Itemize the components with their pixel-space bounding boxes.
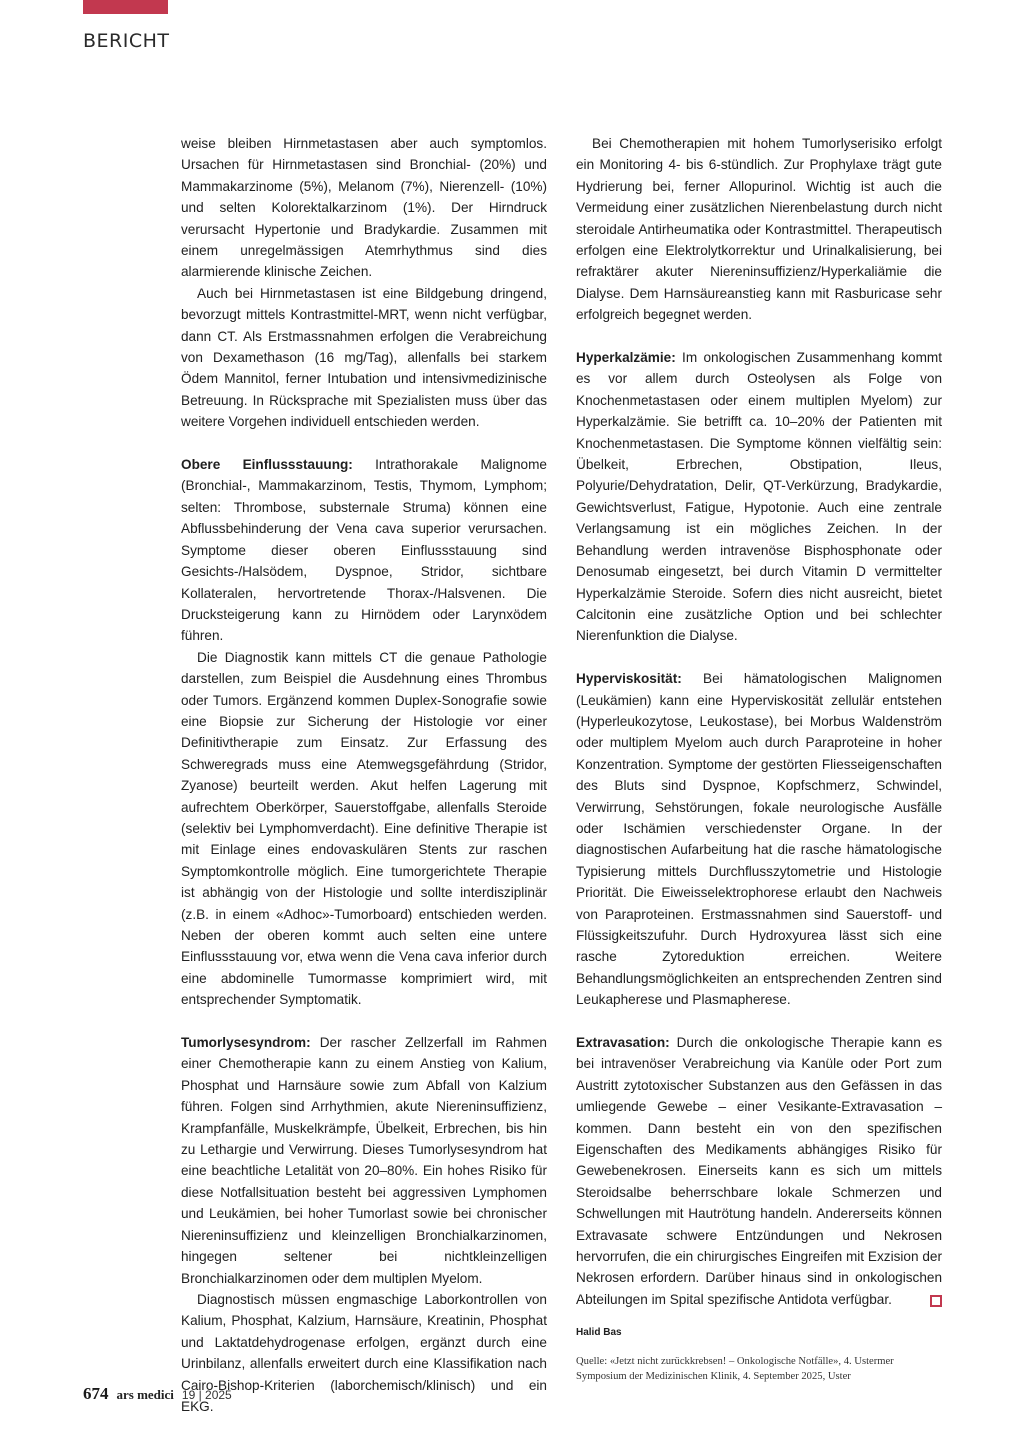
paragraph-diagnostisch: Diagnostisch müssen engmaschige Laborkon…	[181, 1289, 547, 1417]
left-column: weise bleiben Hirnmetastasen aber auch s…	[181, 133, 547, 1417]
section-obere-einflussstauung: Obere Einflussstauung: Intrathorakale Ma…	[181, 454, 547, 647]
section-text: Durch die onkologische Therapie kann es …	[576, 1035, 942, 1307]
section-heading: Obere Einflussstauung:	[181, 457, 353, 472]
header-accent-bar	[83, 0, 168, 14]
paragraph-hirnmetastasen-bildgebung: Auch bei Hirnmetastasen ist eine Bildgeb…	[181, 283, 547, 433]
section-heading: Tumorlysesyndrom:	[181, 1035, 311, 1050]
section-heading: Hyperviskosität:	[576, 671, 682, 686]
source-citation: Quelle: «Jetzt nicht zurückkrebsen! – On…	[576, 1354, 942, 1384]
section-hyperkalzaemie: Hyperkalzämie: Im onkologischen Zusammen…	[576, 347, 942, 647]
page-number: 674	[83, 1384, 109, 1404]
section-label: BERICHT	[83, 30, 170, 52]
section-text: Intrathorakale Malignome (Bronchial-, Ma…	[181, 457, 547, 643]
end-of-article-icon	[930, 1295, 942, 1307]
paragraph-chemotherapie: Bei Chemotherapien mit hohem Tumorlyseri…	[576, 133, 942, 326]
section-extravasation: Extravasation: Durch die onkologische Th…	[576, 1032, 942, 1310]
issue-number: 19 | 2025	[182, 1388, 232, 1402]
section-heading: Extravasation:	[576, 1035, 670, 1050]
section-heading: Hyperkalzämie:	[576, 350, 676, 365]
paragraph-hirnmetastasen-intro: weise bleiben Hirnmetastasen aber auch s…	[181, 133, 547, 283]
section-tumorlysesyndrom: Tumorlysesyndrom: Der rascher Zellzerfal…	[181, 1032, 547, 1289]
section-hyperviskositaet: Hyperviskosität: Bei hämatologischen Mal…	[576, 668, 942, 1011]
section-text: Im onkologischen Zusammenhang kommt es v…	[576, 350, 942, 643]
author-name: Halid Bas	[576, 1326, 942, 1340]
paragraph-diagnostik: Die Diagnostik kann mittels CT die genau…	[181, 647, 547, 1011]
page-footer: 674 ars medici 19 | 2025	[83, 1384, 232, 1404]
section-text: Der rascher Zellzerfall im Rahmen einer …	[181, 1035, 547, 1285]
journal-name: ars medici	[117, 1387, 174, 1403]
right-column: Bei Chemotherapien mit hohem Tumorlyseri…	[576, 133, 942, 1384]
section-text: Bei hämatologischen Malignomen (Leukämie…	[576, 671, 942, 1007]
